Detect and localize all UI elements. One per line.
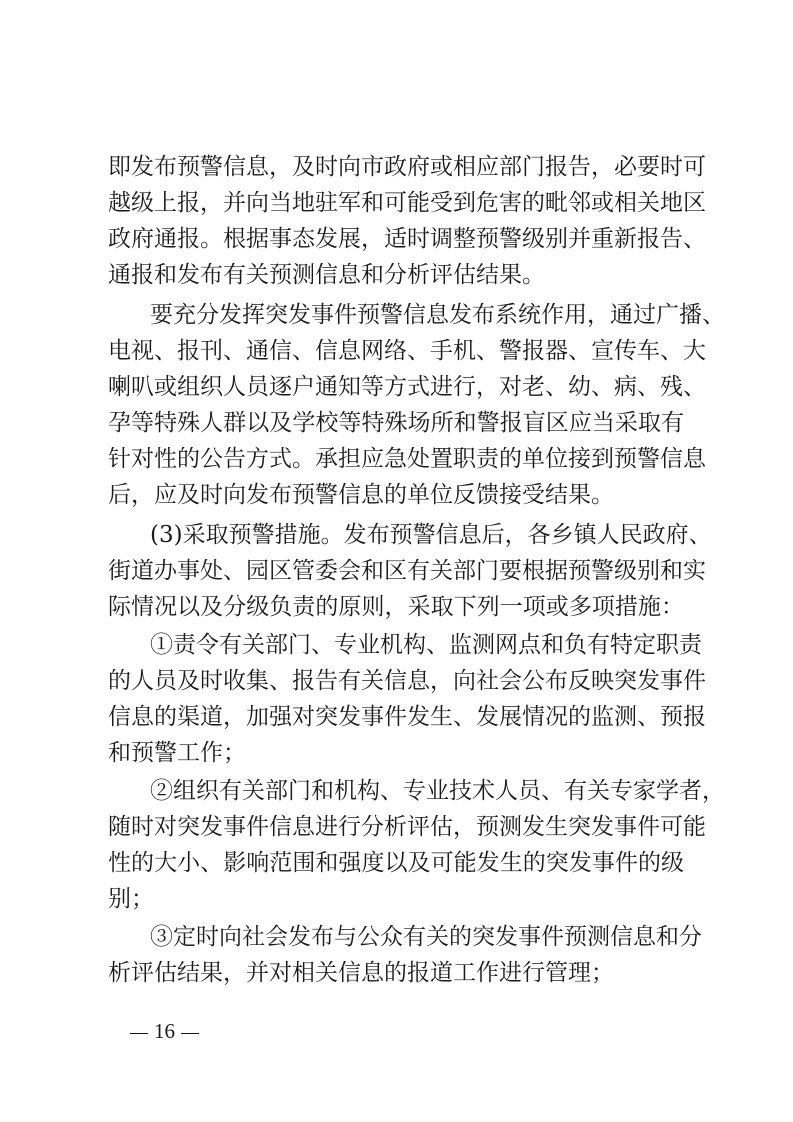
paragraph-2-line-5: 针对性的公告方式。承担应急处置职责的单位接到预警信息	[108, 442, 684, 476]
paragraph-2-line-6: 后，应及时向发布预警信息的单位反馈接受结果。	[108, 478, 684, 512]
document-page: 即发布预警信息，及时向市政府或相应部门报告，必要时可 越级上报，并向当地驻军和可…	[0, 0, 793, 1122]
paragraph-4-line-1: ①责令有关部门、专业机构、监测网点和负有特定职责	[150, 628, 684, 662]
page-number-value: 16	[154, 1019, 175, 1043]
paragraph-5-line-2: 随时对突发事件信息进行分析评估，预测发生突发事件可能	[108, 810, 684, 844]
paragraph-4-line-2: 的人员及时收集、报告有关信息，向社会公布反映突发事件	[108, 664, 684, 698]
paragraph-4-line-4: 和预警工作；	[108, 736, 684, 770]
paragraph-2-line-3: 喇叭或组织人员逐户通知等方式进行，对老、幼、病、残、	[108, 370, 684, 404]
paragraph-1-line-4: 通报和发布有关预测信息和分析评估结果。	[108, 258, 684, 292]
paragraph-3-line-2: 街道办事处、园区管委会和区有关部门要根据预警级别和实	[108, 554, 684, 588]
paragraph-6-line-2: 析评估结果，并对相关信息的报道工作进行管理；	[108, 956, 684, 990]
paragraph-5-line-1: ②组织有关部门和机构、专业技术人员、有关专家学者，	[150, 774, 684, 808]
paragraph-2-line-1: 要充分发挥突发事件预警信息发布系统作用，通过广播、	[150, 298, 684, 332]
paragraph-3-line-1: (3)采取预警措施。发布预警信息后，各乡镇人民政府、	[150, 518, 684, 552]
paragraph-5-line-3: 性的大小、影响范围和强度以及可能发生的突发事件的级	[108, 846, 684, 880]
page-number: 16	[124, 1018, 205, 1044]
paragraph-2-line-4: 孕等特殊人群以及学校等特殊场所和警报盲区应当采取有	[108, 406, 684, 440]
paragraph-1-line-3: 政府通报。根据事态发展，适时调整预警级别并重新报告、	[108, 222, 684, 256]
paragraph-5-line-4: 别；	[108, 882, 684, 916]
paragraph-1-line-2: 越级上报，并向当地驻军和可能受到危害的毗邻或相关地区	[108, 186, 684, 220]
paragraph-2-line-2: 电视、报刊、通信、信息网络、手机、警报器、宣传车、大	[108, 334, 684, 368]
dash-right-icon	[181, 1033, 199, 1034]
paragraph-4-line-3: 信息的渠道，加强对突发事件发生、发展情况的监测、预报	[108, 700, 684, 734]
paragraph-3-line-3: 际情况以及分级负责的原则，采取下列一项或多项措施：	[108, 590, 684, 624]
paragraph-6-line-1: ③定时向社会发布与公众有关的突发事件预测信息和分	[150, 920, 684, 954]
dash-left-icon	[130, 1033, 148, 1034]
paragraph-1-line-1: 即发布预警信息，及时向市政府或相应部门报告，必要时可	[108, 150, 684, 184]
